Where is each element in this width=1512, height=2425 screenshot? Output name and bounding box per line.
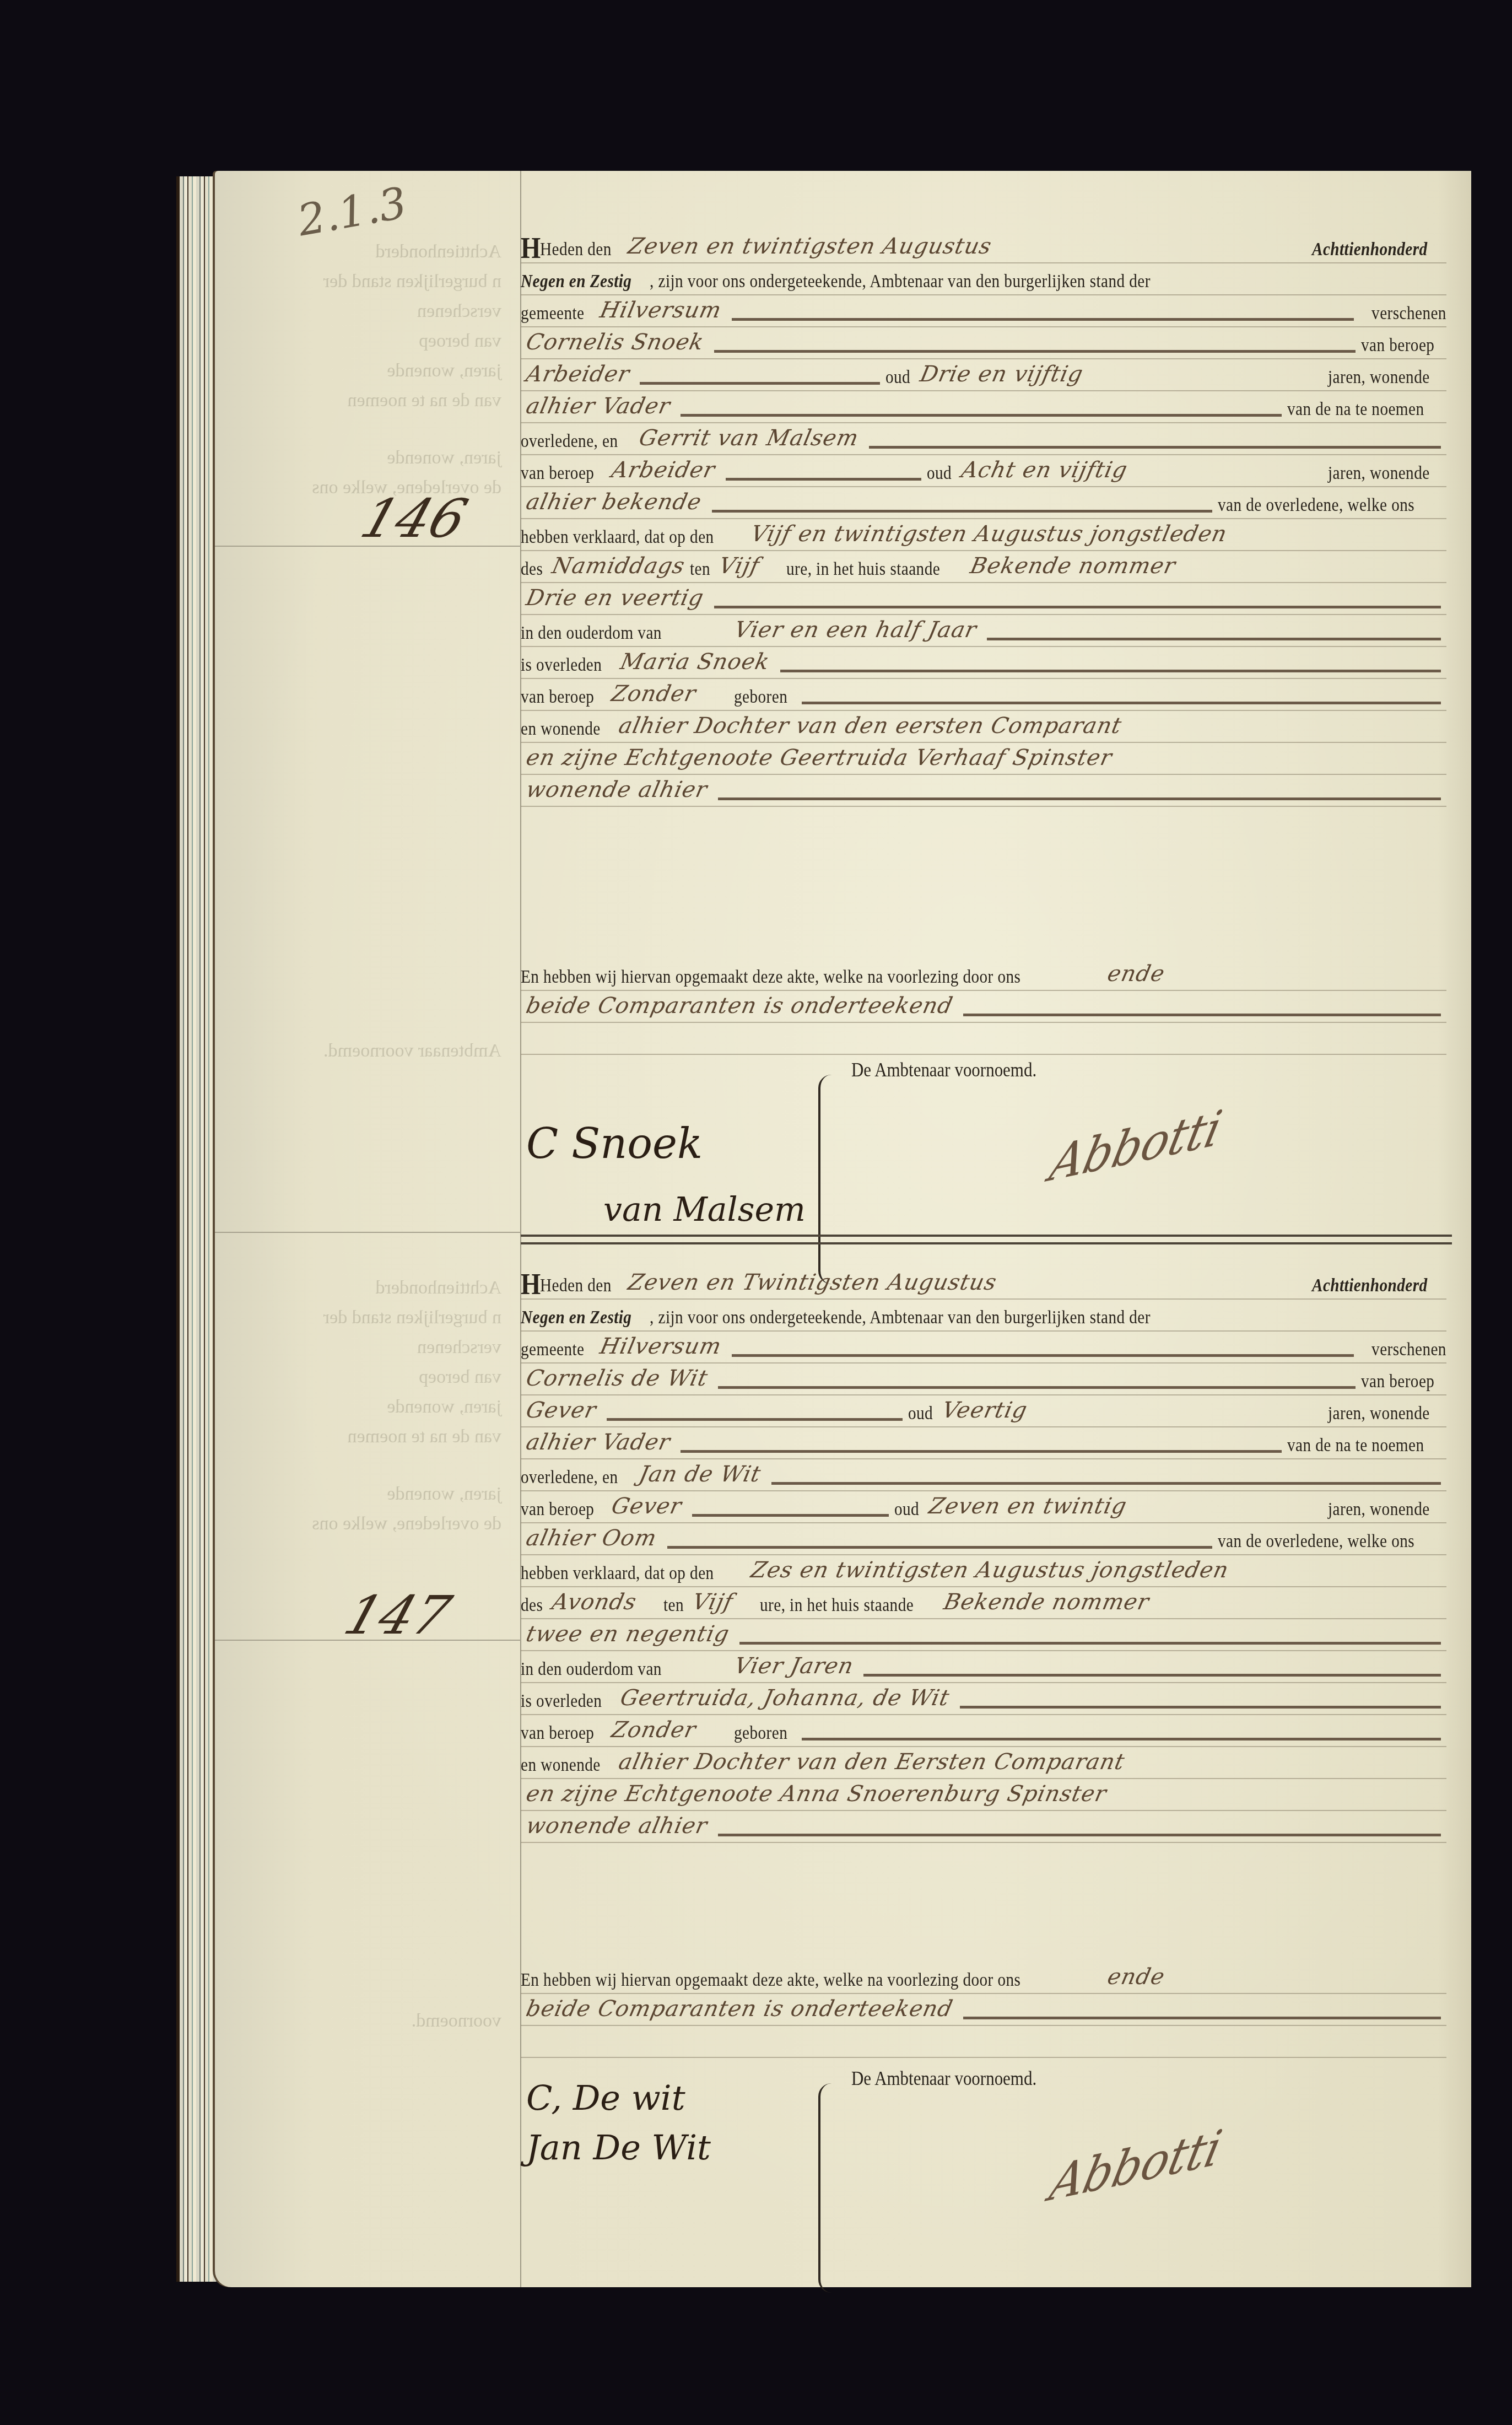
act-separator [521, 1235, 1452, 1244]
label-gemeente: gemeente [521, 303, 584, 326]
fill-rule [863, 1674, 1441, 1677]
signatures-act-147: De Ambtenaar voornoemd. C, De wit Jan De… [521, 2067, 1446, 2320]
field-remarks-2: en zijne Echtgenoote Geertruida Verhaaf … [517, 745, 1120, 774]
closing-act-147: En hebben wij hiervan opgemaakt deze akt… [521, 1962, 1446, 2058]
field-age-deceased: Vier en een half Jaar [726, 617, 984, 646]
line-comparant2: overledene, en Gerrit van Malsem [521, 423, 1446, 455]
field-comparant2-occupation: Arbeider [603, 457, 723, 486]
field-comparant1-residence: alhier Vader [517, 394, 678, 422]
line-remarks-3: wonende alhier [521, 775, 1446, 807]
show-through-block-4: voornoemd. [303, 2006, 501, 2036]
fill-rule [963, 1014, 1441, 1016]
show-through-line: n burgerlijken stand der [303, 1303, 501, 1333]
field-time-of-day: Namiddags [543, 553, 693, 582]
label-closing: En hebben wij hiervan opgemaakt deze akt… [521, 967, 1020, 990]
line-comparant2-residence: alhier Oom van de overledene, welke ons [521, 1523, 1446, 1555]
field-closing-2: beide Comparanten is onderteekend [517, 1996, 960, 2025]
label-na-te-noemen: van de na te noemen [1287, 1435, 1424, 1458]
label-van-beroep: van beroep [521, 1723, 594, 1746]
show-through-line: Achttienhonderd [303, 1273, 501, 1303]
field-comparant1-residence: alhier Vader [517, 1430, 678, 1458]
field-deceased-occupation: Zonder [603, 1717, 704, 1746]
field-date: Zeven en Twintigsten Augustus [620, 1270, 1005, 1298]
label-en-wonende: en wonende [521, 719, 601, 742]
fill-rule [640, 382, 880, 385]
signature-official: Abbotti [1045, 2119, 1227, 2212]
field-death-date: Zes en twintigsten Augustus jongstleden [742, 1558, 1236, 1586]
label-na-te-noemen: van de na te noemen [1287, 399, 1424, 422]
field-deceased-occupation: Zonder [603, 681, 704, 710]
label-overleden: is overleden [521, 655, 602, 678]
field-date: Zeven en twintigsten Augustus [620, 234, 1000, 262]
field-hour: Vijf [710, 553, 767, 582]
label-jaren-wonende: jaren, wonende [1328, 1499, 1430, 1522]
show-through-block-2: Ambtenaar voornoemd. [303, 1036, 501, 1066]
line-deceased-occupation: van beroep Zonder geboren [521, 1715, 1446, 1747]
label-overledene-en: overledene, en [521, 431, 618, 454]
line-closing: En hebben wij hiervan opgemaakt deze akt… [521, 959, 1446, 991]
field-comparant1-name: Cornelis Snoek [517, 330, 711, 358]
field-remarks-3: wonende alhier [517, 1813, 715, 1842]
line-age: in den ouderdom van Vier en een half Jaa… [521, 615, 1446, 647]
fill-rule [771, 1482, 1441, 1485]
show-through-line: n burgerlijken stand der [303, 267, 501, 297]
field-house-number: twee en negentig [517, 1621, 737, 1650]
label-van-beroep: van beroep [1361, 1371, 1434, 1394]
field-death-date: Vijf en twintigsten Augustus jongstleden [742, 521, 1235, 550]
line-date: H Heden den Zeven en Twintigsten Augustu… [521, 1268, 1446, 1300]
field-comparant2-name: Jan de Wit [631, 1462, 769, 1490]
line-gemeente: gemeente Hilversum verschenen [521, 1332, 1446, 1364]
act-number-147: 147 [337, 1585, 458, 1646]
field-comparant1-name: Cornelis de Wit [517, 1366, 715, 1394]
closing-act-146: En hebben wij hiervan opgemaakt deze akt… [521, 959, 1446, 1055]
field-comparant1-age: Veertig [934, 1398, 1035, 1426]
label-van-de-overledene: van de overledene, welke ons [1218, 1531, 1414, 1554]
line-comparant2: overledene, en Jan de Wit [521, 1459, 1446, 1491]
label-verschenen: verschenen [1371, 303, 1446, 326]
line-year: Negen en Zestig , zijn voor ons onderget… [521, 1300, 1446, 1332]
signature-comparant-2: Jan De Wit [526, 2127, 711, 2168]
label-van-beroep: van beroep [1361, 335, 1434, 358]
label-oud: oud [908, 1403, 933, 1426]
label-closing: En hebben wij hiervan opgemaakt deze akt… [521, 1970, 1020, 1993]
label-jaren-wonende: jaren, wonende [1328, 463, 1430, 486]
field-comparant2-name: Gerrit van Malsem [631, 425, 867, 454]
label-year-prefix: Achttienhonderd [1312, 1275, 1428, 1298]
label-ouderdom: in den ouderdom van [521, 1659, 662, 1682]
label-intro: , zijn voor ons ondergeteekende, Ambtena… [650, 271, 1151, 294]
show-through-line: verschenen [303, 1333, 501, 1362]
fill-rule [960, 1706, 1441, 1709]
show-through-line: voornoemd. [303, 2006, 501, 2036]
show-through-line: jaren, wonende [303, 443, 501, 473]
field-house-location: Bekende nommer [962, 553, 1184, 582]
label-ure-huis: ure, in het huis staande [760, 1595, 914, 1618]
label-year-prefix: Achttienhonderd [1312, 239, 1428, 262]
label-des: des [521, 559, 543, 582]
field-remarks-3: wonende alhier [517, 777, 715, 806]
line-comparant1-residence: alhier Vader van de na te noemen [521, 1427, 1446, 1459]
line-wonende: en wonende alhier Dochter van den eerste… [521, 711, 1446, 743]
show-through-line: Achttienhonderd [303, 237, 501, 267]
show-through-line: van beroep [303, 1362, 501, 1392]
line-comparant1-residence: alhier Vader van de na te noemen [521, 391, 1446, 423]
line-death-time: des Namiddags ten Vijf ure, in het huis … [521, 551, 1446, 583]
line-remarks-2: en zijne Echtgenoote Geertruida Verhaaf … [521, 743, 1446, 775]
field-comparant2-occupation: Gever [603, 1494, 690, 1522]
label-verklaard: hebben verklaard, dat op den [521, 1563, 714, 1586]
fill-rule [718, 1834, 1441, 1836]
field-comparant2-age: Zeven en twintig [920, 1494, 1135, 1522]
fill-rule [739, 1642, 1441, 1645]
fill-rule [869, 446, 1441, 449]
line-deceased: is overleden Geertruida, Johanna, de Wit [521, 1683, 1446, 1715]
label-ten: ten [663, 1595, 684, 1618]
fill-rule [780, 670, 1441, 672]
margin-divider-2 [215, 1232, 521, 1233]
label-intro: , zijn voor ons ondergeteekende, Ambtena… [650, 1307, 1151, 1330]
label-geboren: geboren [734, 1723, 787, 1746]
label-year-suffix: Negen en Zestig [521, 271, 631, 294]
field-hour: Vijf [684, 1589, 741, 1618]
show-through-line: verschenen [303, 297, 501, 326]
fill-rule [667, 1546, 1212, 1549]
label-oud: oud [894, 1499, 919, 1522]
label-overleden: is overleden [521, 1691, 602, 1714]
label-geboren: geboren [734, 687, 787, 710]
line-deceased-occupation: van beroep Zonder geboren [521, 679, 1446, 711]
show-through-line: Ambtenaar voornoemd. [303, 1036, 501, 1066]
show-through-line: jaren, wonende [303, 356, 501, 386]
field-comparant1-age: Drie en vijftig [911, 362, 1091, 390]
label-year-suffix: Negen en Zestig [521, 1307, 631, 1330]
signature-official: Abbotti [1045, 1099, 1227, 1193]
label-ure-huis: ure, in het huis staande [786, 559, 940, 582]
show-through-block-1: Achttienhonderd n burgerlijken stand der… [303, 237, 501, 503]
line-closing-3 [521, 2026, 1446, 2058]
line-year: Negen en Zestig , zijn voor ons onderget… [521, 263, 1446, 295]
field-deceased-name: Maria Snoek [612, 649, 777, 678]
label-van-de-overledene: van de overledene, welke ons [1218, 495, 1414, 518]
label-ten: ten [690, 559, 710, 582]
dropcap-h: H [521, 236, 541, 262]
fill-rule [987, 638, 1441, 640]
line-deceased: is overleden Maria Snoek [521, 647, 1446, 679]
label-jaren-wonende: jaren, wonende [1328, 1403, 1430, 1426]
signature-brace [818, 1075, 831, 1284]
signature-comparant-1: C Snoek [526, 1119, 703, 1168]
field-age-deceased: Vier Jaren [726, 1653, 861, 1682]
fill-rule [692, 1514, 889, 1517]
fill-rule [718, 1386, 1356, 1389]
label-van-beroep: van beroep [521, 463, 594, 486]
field-comparant2-residence: alhier bekende [517, 489, 709, 518]
field-remarks-1: alhier Dochter van den eersten Comparant [611, 713, 1130, 742]
dropcap-h: H [521, 1272, 541, 1298]
line-comparant2-occupation: van beroep Arbeider oud Acht en vijftig … [521, 455, 1446, 487]
line-death-date: hebben verklaard, dat op den Zes en twin… [521, 1555, 1446, 1587]
line-closing-3 [521, 1023, 1446, 1055]
line-house-number: twee en negentig [521, 1619, 1446, 1651]
show-through-block-3: Achttienhonderd n burgerlijken stand der… [303, 1273, 501, 1539]
death-act-146: H Heden den Zeven en twintigsten Augustu… [521, 231, 1446, 807]
field-gemeente: Hilversum [592, 1334, 730, 1362]
death-act-147: H Heden den Zeven en Twintigsten Augustu… [521, 1268, 1446, 1843]
signature-comparant-1: C, De wit [526, 2078, 685, 2118]
fill-rule [802, 1738, 1441, 1740]
line-closing-2: beide Comparanten is onderteekend [521, 1994, 1446, 2026]
line-house-number: Drie en veertig [521, 583, 1446, 615]
label-oud: oud [885, 367, 910, 390]
field-remarks-1: alhier Dochter van den Eersten Comparant [611, 1749, 1133, 1778]
label-ambtenaar: De Ambtenaar voornoemd. [851, 1058, 1036, 1081]
show-through-line: jaren, wonende [303, 1392, 501, 1422]
field-comparant1-occupation: Gever [517, 1398, 604, 1426]
label-van-beroep: van beroep [521, 687, 594, 710]
line-comparant1-occupation: Gever oud Veertig jaren, wonende [521, 1395, 1446, 1427]
line-comparant1: Cornelis de Wit van beroep [521, 1364, 1446, 1395]
folio-note: 2.1.3 [294, 178, 411, 246]
label-verklaard: hebben verklaard, dat op den [521, 527, 714, 550]
label-heden-den: Heden den [540, 239, 612, 262]
fill-rule [681, 414, 1282, 417]
line-death-date: hebben verklaard, dat op den Vijf en twi… [521, 519, 1446, 551]
line-age: in den ouderdom van Vier Jaren [521, 1651, 1446, 1683]
label-van-beroep: van beroep [521, 1499, 594, 1522]
line-death-time: des Avonds ten Vijf ure, in het huis sta… [521, 1587, 1446, 1619]
field-remarks-2: en zijne Echtgenoote Anna Snoerenburg Sp… [517, 1781, 1114, 1810]
fill-rule [963, 2017, 1441, 2019]
field-closing-1: ende [1099, 961, 1173, 990]
act-number-146: 146 [354, 488, 475, 549]
fill-rule [732, 318, 1354, 321]
line-date: H Heden den Zeven en twintigsten Augustu… [521, 231, 1446, 263]
field-house-number: Drie en veertig [517, 585, 711, 614]
label-heden-den: Heden den [540, 1275, 612, 1298]
label-ouderdom: in den ouderdom van [521, 623, 662, 646]
line-comparant1: Cornelis Snoek van beroep [521, 327, 1446, 359]
fill-rule [712, 510, 1212, 513]
signature-comparant-2: van Malsem [603, 1190, 806, 1229]
label-gemeente: gemeente [521, 1339, 584, 1362]
line-closing: En hebben wij hiervan opgemaakt deze akt… [521, 1962, 1446, 1994]
fill-rule [681, 1450, 1282, 1453]
line-comparant2-occupation: van beroep Gever oud Zeven en twintig ja… [521, 1491, 1446, 1523]
field-gemeente: Hilversum [592, 298, 730, 326]
line-comparant1-occupation: Arbeider oud Drie en vijftig jaren, wone… [521, 359, 1446, 391]
register-page: 2.1.3 Achttienhonderd n burgerlijken sta… [215, 171, 1471, 2287]
line-remarks-2: en zijne Echtgenoote Anna Snoerenburg Sp… [521, 1779, 1446, 1811]
label-oud: oud [927, 463, 952, 486]
show-through-line: van de na te noemen [303, 386, 501, 416]
fill-rule [726, 478, 922, 481]
fill-rule [802, 702, 1441, 704]
line-wonende: en wonende alhier Dochter van den Eerste… [521, 1747, 1446, 1779]
label-verschenen: verschenen [1371, 1339, 1446, 1362]
fill-rule [607, 1418, 903, 1421]
show-through-line: de overledene, welke ons [303, 1509, 501, 1539]
field-comparant1-occupation: Arbeider [517, 362, 638, 390]
field-house-location: Bekende nommer [936, 1589, 1157, 1618]
fill-rule [714, 350, 1356, 353]
signature-brace [818, 2083, 831, 2293]
line-comparant2-residence: alhier bekende van de overledene, welke … [521, 487, 1446, 519]
label-des: des [521, 1595, 543, 1618]
fill-rule [714, 606, 1441, 608]
fill-rule [732, 1354, 1354, 1357]
label-en-wonende: en wonende [521, 1755, 601, 1778]
field-comparant2-residence: alhier Oom [517, 1526, 665, 1554]
label-overledene-en: overledene, en [521, 1467, 618, 1490]
line-gemeente: gemeente Hilversum verschenen [521, 295, 1446, 327]
line-closing-2: beide Comparanten is onderteekend [521, 991, 1446, 1023]
label-jaren-wonende: jaren, wonende [1328, 367, 1430, 390]
field-comparant2-age: Acht en vijftig [953, 457, 1135, 486]
show-through-line: van beroep [303, 326, 501, 356]
scanned-register-page: 2.1.3 Achttienhonderd n burgerlijken sta… [0, 0, 1512, 2425]
fill-rule [718, 797, 1441, 800]
field-closing-2: beide Comparanten is onderteekend [517, 993, 960, 1022]
show-through-line: van de na te noemen [303, 1422, 501, 1452]
field-time-of-day: Avonds [543, 1589, 644, 1618]
show-through-line: jaren, wonende [303, 1479, 501, 1509]
line-remarks-3: wonende alhier [521, 1811, 1446, 1843]
label-ambtenaar: De Ambtenaar voornoemd. [851, 2067, 1036, 2090]
field-deceased-name: Geertruida, Johanna, de Wit [612, 1685, 958, 1714]
field-closing-1: ende [1099, 1964, 1173, 1993]
